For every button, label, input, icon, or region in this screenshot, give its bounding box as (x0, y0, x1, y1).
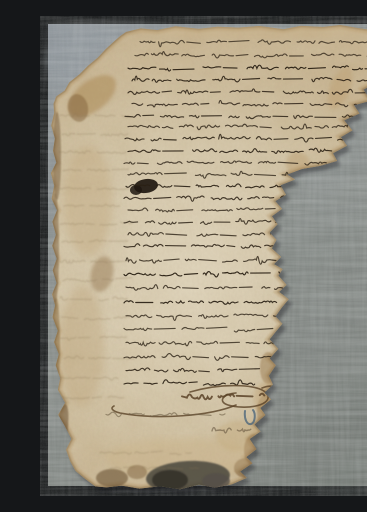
bottom-left-stain (96, 469, 128, 487)
left-margin-wash (60, 286, 104, 406)
left-margin-wash (64, 146, 112, 256)
manuscript-scan (40, 16, 367, 496)
ink-blot (130, 185, 142, 195)
signature-area-wash (216, 421, 260, 451)
archival-scan: Archival scan of a torn, stained handwri… (40, 16, 367, 496)
